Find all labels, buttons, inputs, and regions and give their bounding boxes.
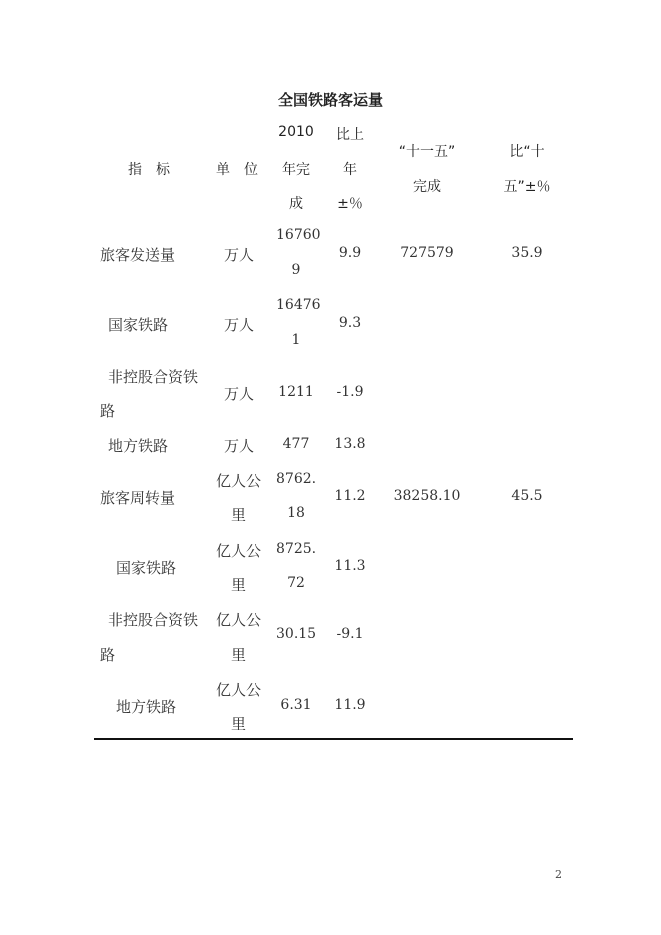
row-unit-cont: 里 bbox=[231, 644, 246, 665]
header-vs-plan11-line2: 五”±％ bbox=[484, 176, 570, 196]
row-yoy: 9.9 bbox=[328, 245, 372, 261]
row-vs-plan11: 35.9 bbox=[484, 245, 570, 261]
row-indicator: 国家铁路 bbox=[116, 557, 176, 578]
row-yoy: 11.3 bbox=[328, 558, 372, 574]
row-unit-cont: 里 bbox=[231, 574, 246, 595]
header-indicator: 指 标 bbox=[128, 159, 170, 179]
row-indicator: 旅客周转量 bbox=[100, 487, 175, 508]
row-indicator-cont: 路 bbox=[100, 400, 115, 421]
row-yoy: 9.3 bbox=[328, 315, 372, 331]
row-unit-cont: 里 bbox=[231, 713, 246, 734]
header-unit: 单 位 bbox=[216, 159, 258, 179]
row-2010-value: 6.31 bbox=[276, 697, 316, 713]
header-plan11-line2: 完成 bbox=[382, 176, 472, 196]
row-2010-value: 8725. bbox=[276, 541, 316, 557]
row-unit: 亿人公 bbox=[216, 470, 261, 491]
table-bottom-rule bbox=[94, 738, 573, 740]
row-unit-cont: 里 bbox=[231, 504, 246, 525]
row-indicator: 国家铁路 bbox=[108, 314, 168, 335]
row-2010-value-cont: 1 bbox=[276, 332, 316, 348]
row-vs-plan11: 45.5 bbox=[484, 488, 570, 504]
row-indicator: 旅客发送量 bbox=[100, 244, 175, 265]
row-plan11: 727579 bbox=[382, 245, 472, 261]
page-number: 2 bbox=[555, 868, 562, 881]
header-2010-line3: 成 bbox=[276, 193, 316, 213]
row-yoy: -9.1 bbox=[328, 626, 372, 642]
row-unit: 万人 bbox=[224, 244, 254, 265]
row-2010-value-cont: 9 bbox=[276, 262, 316, 278]
row-yoy: -1.9 bbox=[328, 384, 372, 400]
row-2010-value: 16760 bbox=[276, 227, 316, 243]
row-indicator-cont: 路 bbox=[100, 644, 115, 665]
row-indicator: 地方铁路 bbox=[116, 696, 176, 717]
row-2010-value: 477 bbox=[276, 436, 316, 452]
header-plan11-line1: “十一五” bbox=[382, 141, 472, 161]
row-indicator: 地方铁路 bbox=[108, 435, 168, 456]
row-yoy: 11.9 bbox=[328, 697, 372, 713]
row-unit: 万人 bbox=[224, 435, 254, 456]
row-plan11: 38258.10 bbox=[382, 488, 472, 504]
header-2010-line1: 2010 bbox=[276, 124, 316, 140]
row-unit: 万人 bbox=[224, 383, 254, 404]
header-vs-plan11-line1: 比“十 bbox=[484, 141, 570, 161]
row-yoy: 11.2 bbox=[328, 488, 372, 504]
row-2010-value: 1211 bbox=[276, 384, 316, 400]
row-unit: 万人 bbox=[224, 314, 254, 335]
row-indicator: 非控股合资铁 bbox=[108, 609, 198, 630]
row-2010-value-cont: 72 bbox=[276, 575, 316, 591]
row-2010-value: 8762. bbox=[276, 471, 316, 487]
row-unit: 亿人公 bbox=[216, 679, 261, 700]
header-yoy-line1: 比上 bbox=[328, 124, 372, 144]
header-yoy-line3: ±％ bbox=[328, 193, 372, 213]
row-2010-value: 16476 bbox=[276, 297, 316, 313]
row-2010-value: 30.15 bbox=[276, 626, 316, 642]
row-yoy: 13.8 bbox=[328, 436, 372, 452]
header-2010-line2: 年完 bbox=[276, 159, 316, 179]
row-unit: 亿人公 bbox=[216, 609, 261, 630]
header-yoy-line2: 年 bbox=[328, 159, 372, 179]
row-unit: 亿人公 bbox=[216, 540, 261, 561]
row-indicator: 非控股合资铁 bbox=[108, 366, 198, 387]
row-2010-value-cont: 18 bbox=[276, 505, 316, 521]
table-title: 全国铁路客运量 bbox=[0, 89, 661, 110]
